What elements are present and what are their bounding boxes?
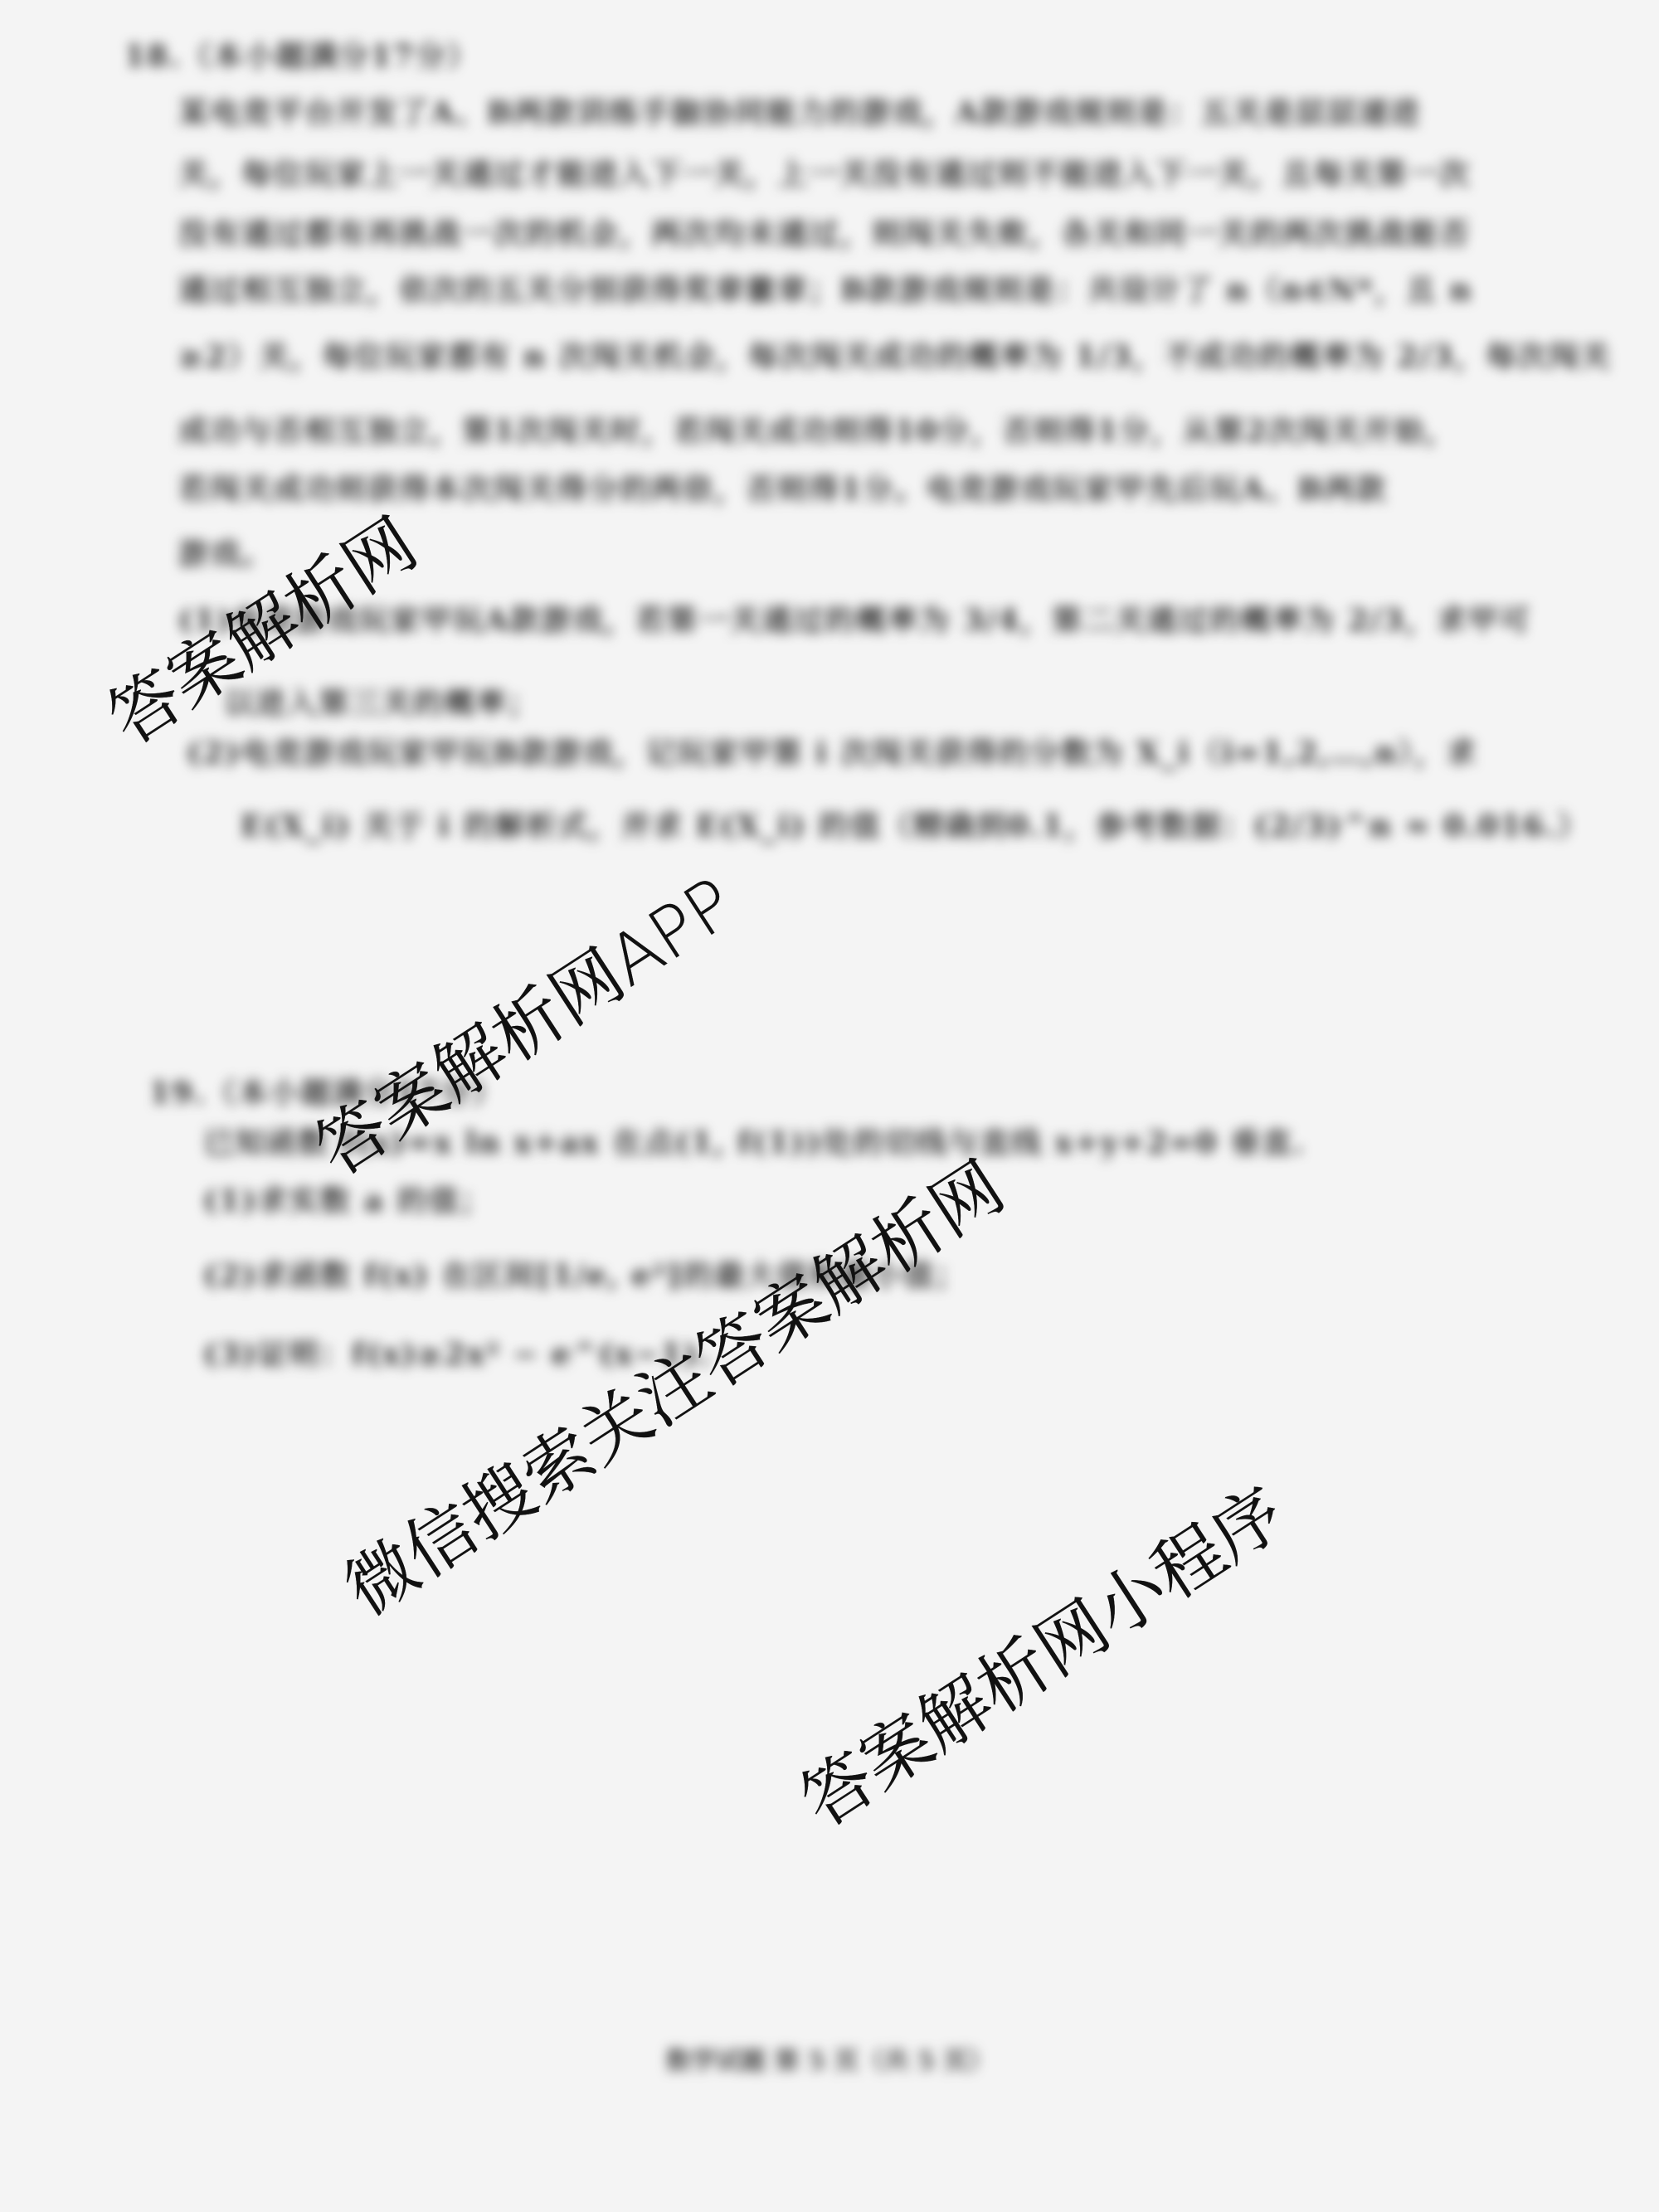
- q18-header: 18.（本小题满分17分）: [124, 33, 479, 75]
- q18-part1-cont: 以进入第三关的概率；: [224, 680, 539, 722]
- page-footer: 数学试题 第 5 页（共 5 页）: [0, 2040, 1659, 2077]
- q18-line-2: 关，每位玩家上一关通过才能进入下一关，上一关没有通过则不能进入下一关，且每关第一…: [178, 151, 1471, 193]
- blurred-document-content: 18.（本小题满分17分） 某电竞平台开发了A、B两款训练手脑协同能力的游戏，A…: [0, 0, 1659, 2212]
- q18-part2-cont: E(X_i) 关于 i 的解析式，并求 E(X_i) 的值（精确到0.1，参考数…: [241, 803, 1588, 845]
- q18-line-6: 成功与否相互独立，第1次闯关时，若闯关成功则得10分，否则得1分，从第2次闯关开…: [178, 408, 1457, 450]
- q18-part2: (2)电竞游戏玩家甲玩B款游戏，记玩家甲第 i 次闯关获得的分数为 X_i（i=…: [187, 730, 1477, 772]
- q18-line-5: ≥2）关，每位玩家都有 n 次闯关机会，每次闯关成功的概率为 1/3，不成功的概…: [178, 333, 1612, 376]
- document-page: 18.（本小题满分17分） 某电竞平台开发了A、B两款训练手脑协同能力的游戏，A…: [0, 0, 1659, 2212]
- q18-line-4: 通过相互独立，依次的五关分别获得奖章徽章；B款游戏规则是：共设计了 n（n∈N*…: [178, 267, 1472, 309]
- q18-line-3: 没有通过都有再挑战一次的机会，两次均未通过，则闯关失败，各关和同一关的两次挑战能…: [178, 211, 1471, 253]
- q18-line-1: 某电竞平台开发了A、B两款训练手脑协同能力的游戏，A款游戏规则是：五关是层层递进: [178, 90, 1421, 132]
